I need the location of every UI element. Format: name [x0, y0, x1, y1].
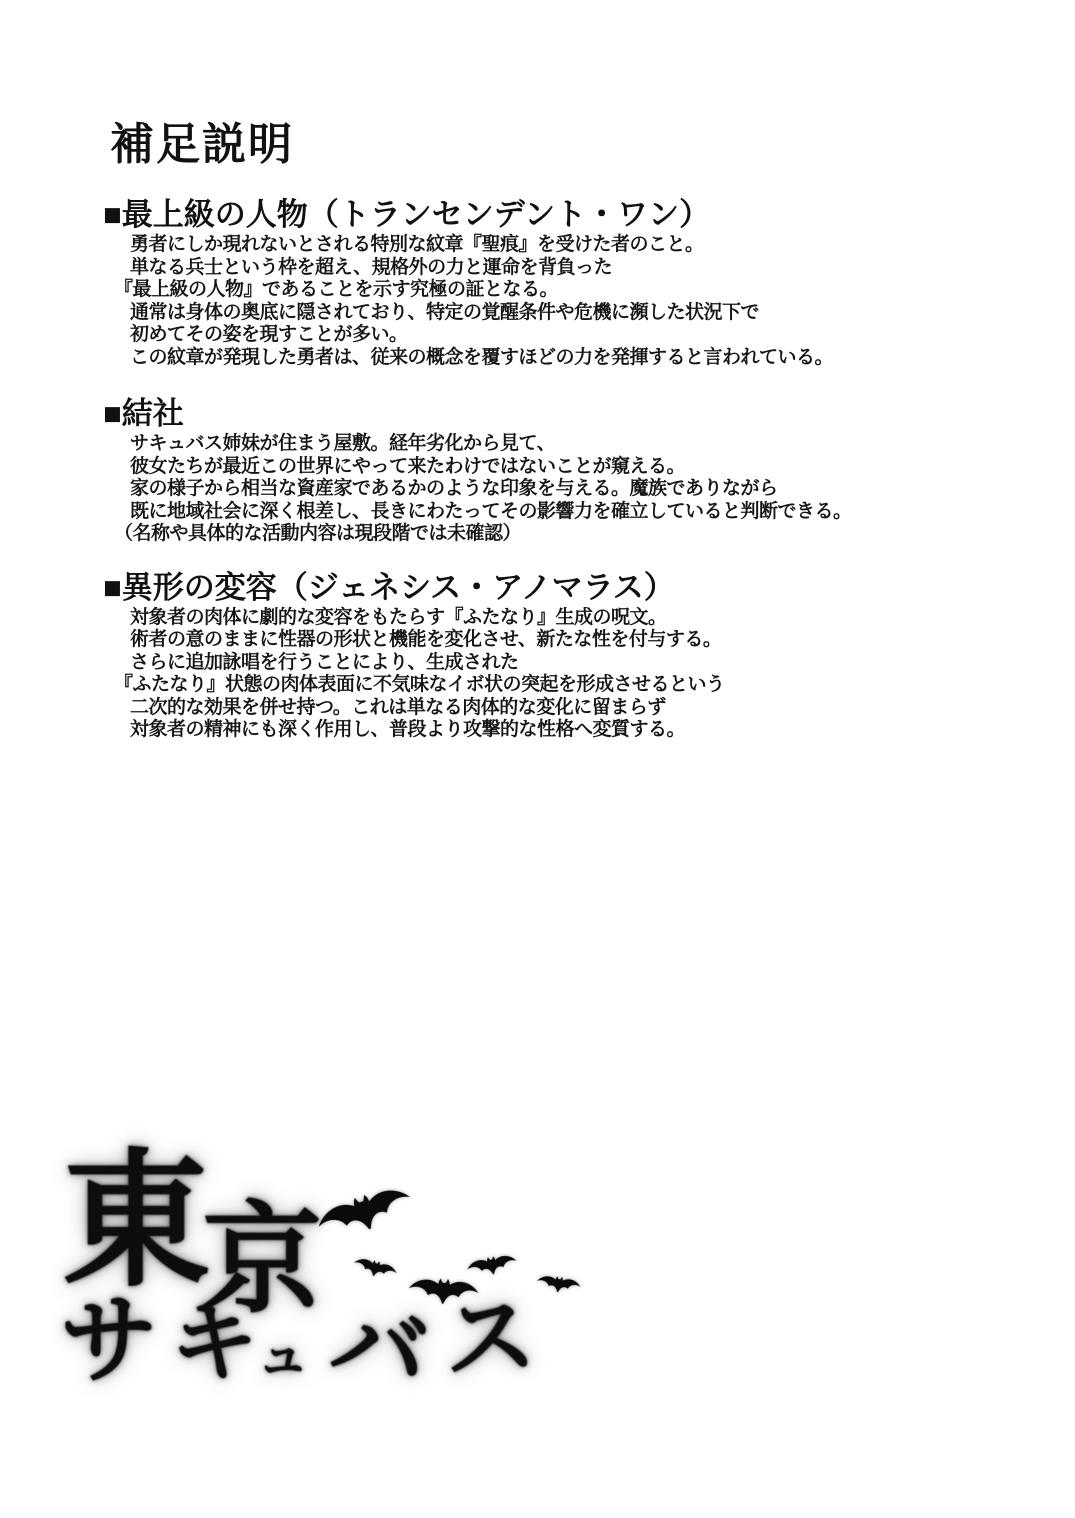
body-line: 術者の意のままに性器の形状と機能を変化させ、新たな性を付与する。	[130, 629, 1075, 652]
body-line: 対象者の肉体に劇的な変容をもたらす『ふたなり』生成の呪文。	[130, 607, 1075, 630]
body-line: この紋章が発現した勇者は、従来の概念を覆すほどの力を発揮すると言われている。	[130, 347, 1075, 370]
bat-icon	[407, 1276, 480, 1323]
body-line: 対象者の精神にも深く作用し、普段より攻撃的な性格へ変質する。	[130, 719, 1075, 742]
logo-kanji: 東	[62, 1146, 210, 1294]
body-line: 彼女たちが最近この世界にやって来たわけではないことが窺える。	[130, 456, 1075, 479]
body-line: 家の様子から相当な資産家であるかのような印象を与える。魔族でありながら	[130, 478, 1075, 501]
section-body: 対象者の肉体に劇的な変容をもたらす『ふたなり』生成の呪文。 術者の意のままに性器…	[0, 607, 1075, 742]
section-heading: ■最上級の人物（トランセンデント・ワン）	[103, 197, 1075, 233]
bat-icon	[313, 1181, 422, 1265]
logo-kana: ス	[442, 1290, 539, 1387]
body-line: 初めてその姿を現すことが多い。	[130, 324, 1075, 347]
section-heading: ■結社	[103, 396, 1075, 432]
logo-kana: バ	[324, 1292, 435, 1403]
section-body: 勇者にしか現れないとされる特別な紋章『聖痕』を受けた者のこと。 単なる兵士という…	[0, 234, 1075, 369]
document-page: 補足説明 ■最上級の人物（トランセンデント・ワン） 勇者にしか現れないとされる特…	[0, 0, 1075, 1518]
body-line: 通常は身体の奥底に隠されており、特定の覚醒条件や危機に瀕した状況下で	[130, 302, 1075, 325]
bat-icon	[466, 1252, 520, 1290]
bat-icon	[534, 1273, 581, 1305]
body-line: 単なる兵士という枠を超え、規格外の力と運命を背負った	[130, 257, 1075, 280]
body-line: 『最上級の人物』であることを示す究極の証となる。	[114, 279, 1075, 302]
body-line: （名称や具体的な活動内容は現段階では未確認）	[114, 523, 1075, 546]
body-line: 『ふたなり』状態の肉体表面に不気味なイボ状の突起を形成させるという	[114, 674, 1075, 697]
section-heading: ■異形の変容（ジェネシス・アノマラス）	[103, 570, 1075, 606]
body-line: 勇者にしか現れないとされる特別な紋章『聖痕』を受けた者のこと。	[130, 234, 1075, 257]
body-line: 既に地域社会に深く根差し、長きにわたってその影響力を確立していると判断できる。	[130, 501, 1075, 524]
logo-kana: ュ	[256, 1328, 310, 1382]
section-body: サキュバス姉妹が住まう屋敷。経年劣化から見て、 彼女たちが最近この世界にやって来…	[0, 433, 1075, 546]
page-title: 補足説明	[110, 120, 1075, 170]
logo-kana: キ	[170, 1298, 258, 1386]
body-line: 二次的な効果を併せ持つ。これは単なる肉体的な変化に留まらず	[130, 697, 1075, 720]
body-line: さらに追加詠唱を行うことにより、生成された	[130, 652, 1075, 675]
logo-kanji: 京	[202, 1200, 322, 1320]
section-genesis-anomalous: ■異形の変容（ジェネシス・アノマラス） 対象者の肉体に劇的な変容をもたらす『ふた…	[0, 570, 1075, 742]
body-line: サキュバス姉妹が住まう屋敷。経年劣化から見て、	[130, 433, 1075, 456]
section-transcendent-one: ■最上級の人物（トランセンデント・ワン） 勇者にしか現れないとされる特別な紋章『…	[0, 197, 1075, 369]
logo-kana: サ	[60, 1292, 158, 1390]
bat-icon	[349, 1255, 398, 1291]
section-society: ■結社 サキュバス姉妹が住まう屋敷。経年劣化から見て、 彼女たちが最近この世界に…	[0, 396, 1075, 546]
